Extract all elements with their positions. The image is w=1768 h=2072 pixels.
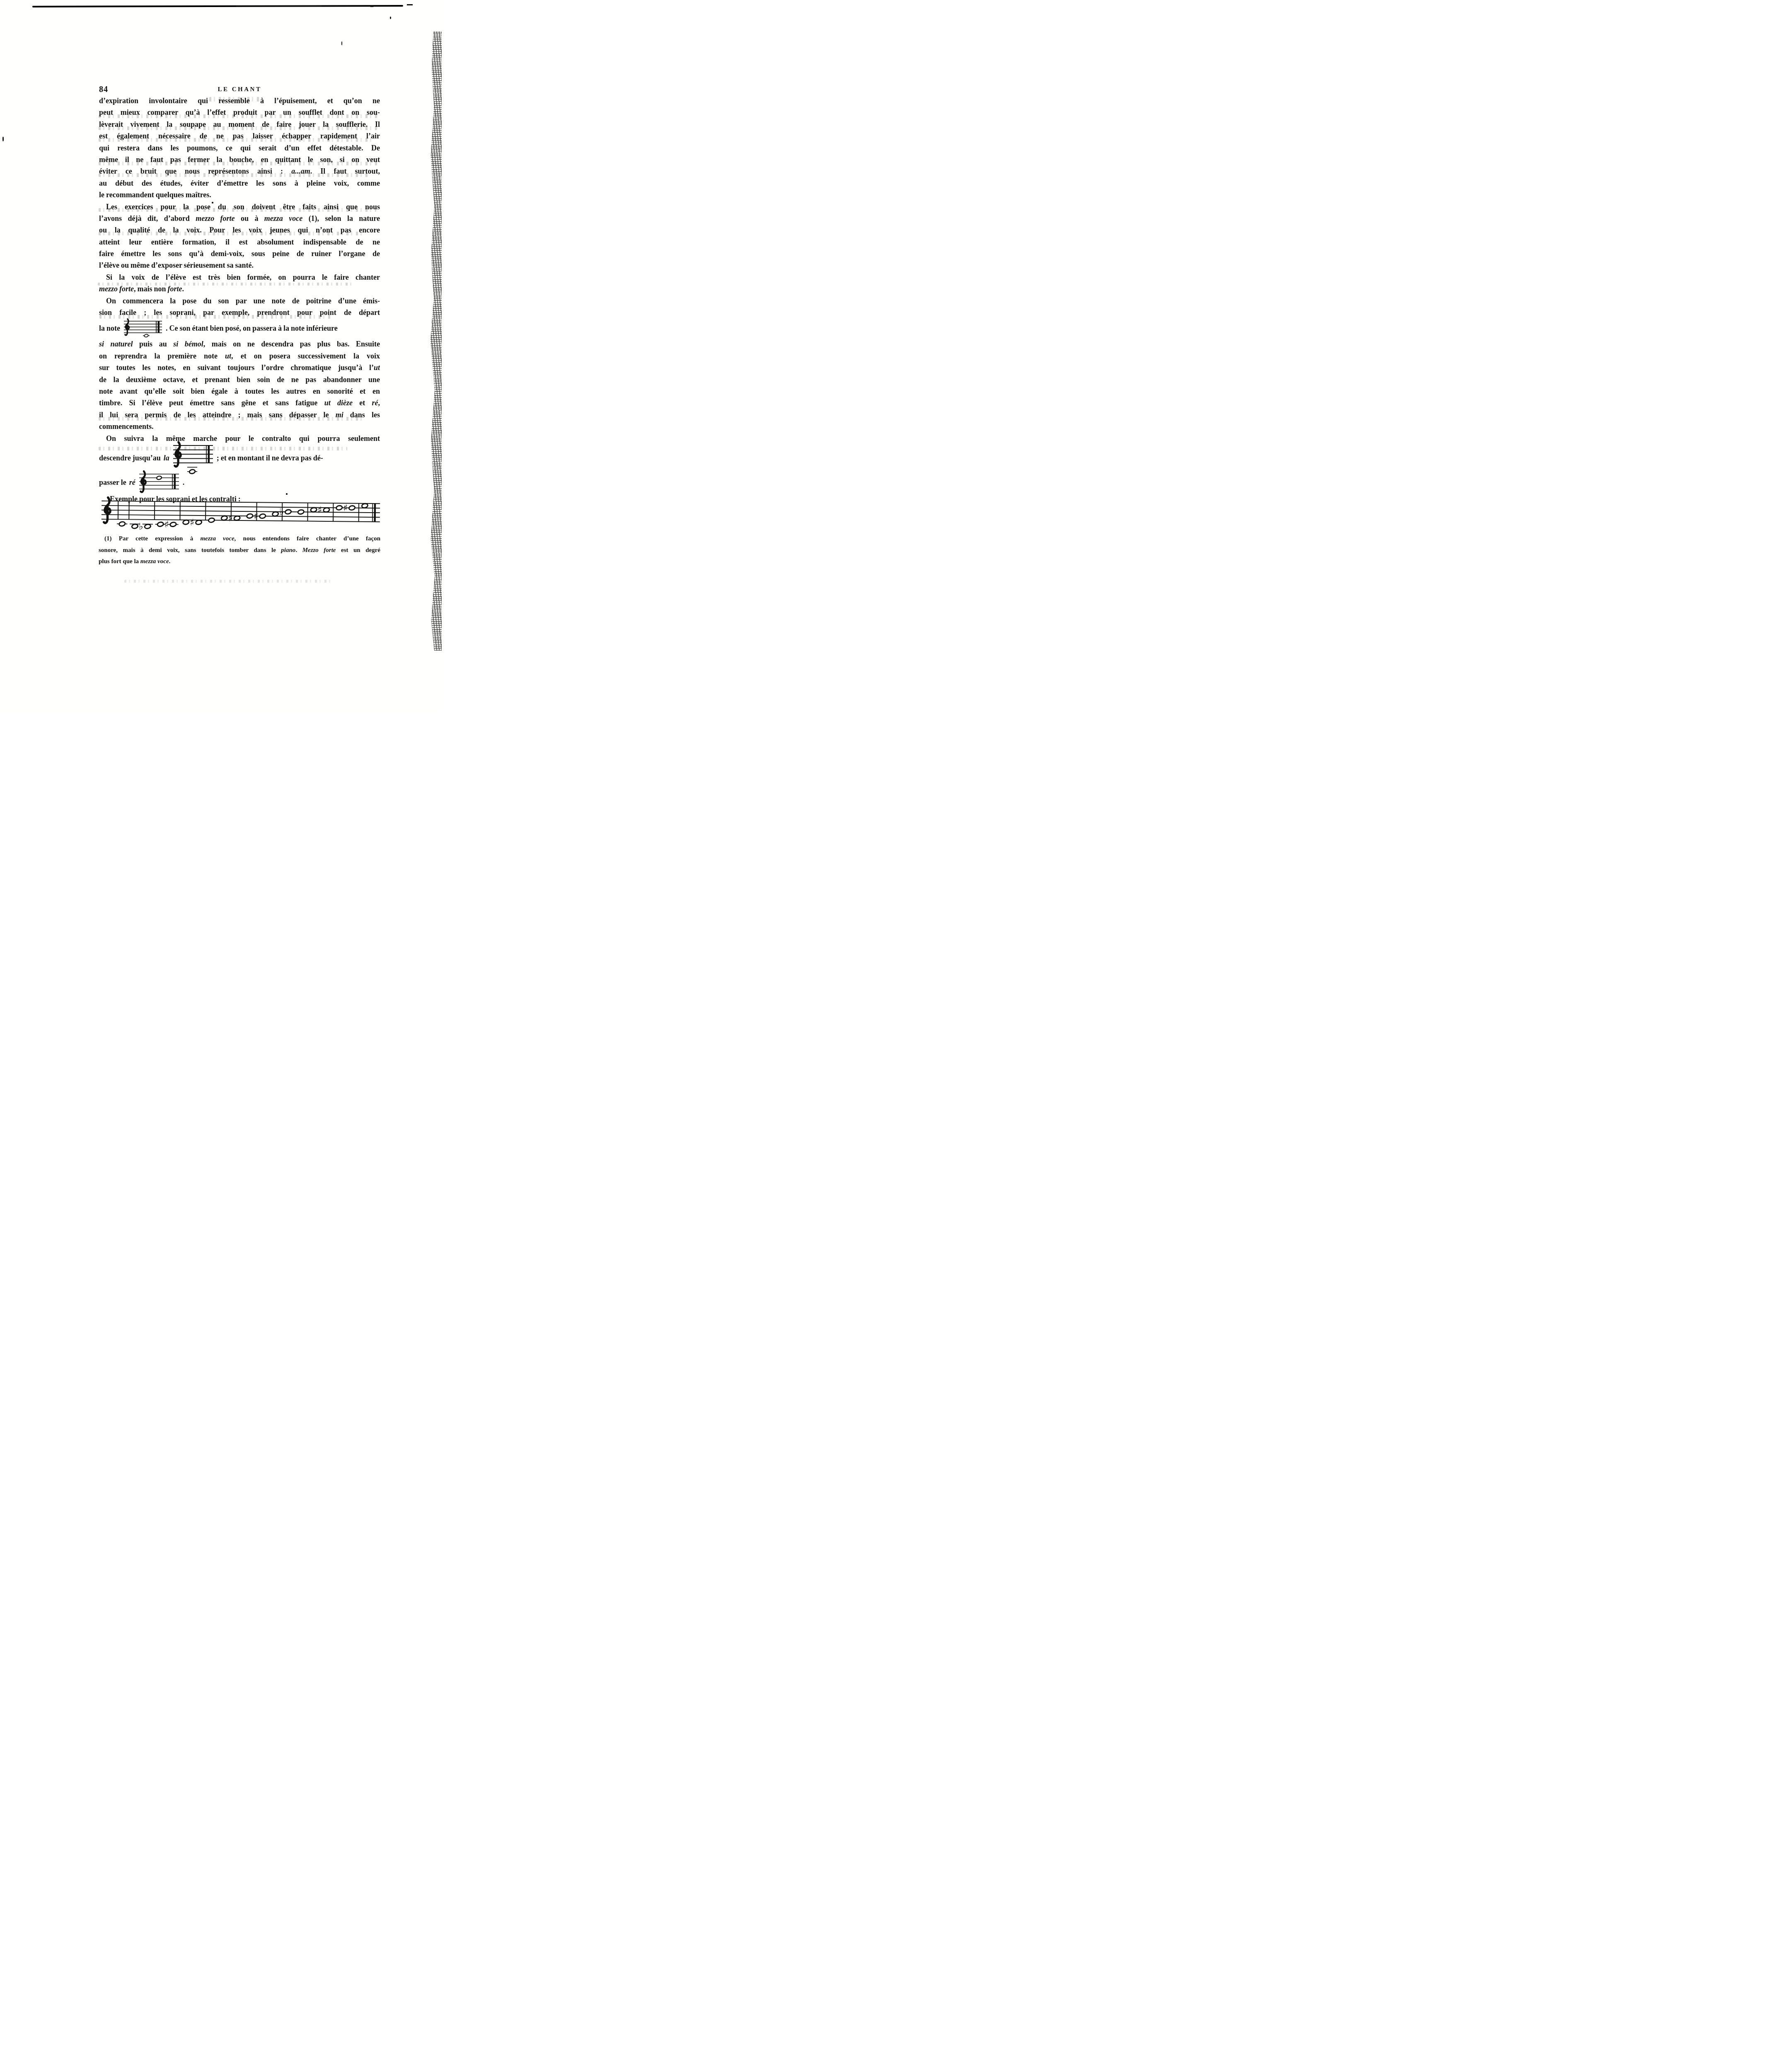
text-segment: On suivra la même marche pour le contral… (106, 434, 380, 443)
text-line: la note . Ce son étant bien posé, on pas… (99, 318, 380, 338)
text-segment: passer le (99, 477, 126, 488)
text-segment: . (182, 285, 184, 293)
text-segment: . (169, 558, 171, 565)
text-segment: la note (99, 322, 120, 334)
text-segment: le recommandent quelques maîtres. (99, 191, 211, 199)
paragraph: On commencera la pose du son par une not… (99, 295, 380, 433)
ink-speck (286, 493, 288, 495)
text-segment: Les exercices pour la pose du son doiven… (106, 203, 380, 211)
text-segment: ou la qualité de la voix. Pour les voix … (99, 226, 380, 234)
text-line: de la deuxième octave, et prenant bien s… (99, 374, 380, 385)
paragraph: Si la voix de l’élève est très bien form… (99, 271, 380, 295)
text-segment: . Ce son étant bien posé, on passera à l… (166, 322, 338, 334)
text-segment: note avant qu’elle soit bien égale à tou… (99, 387, 380, 395)
text-segment: éviter ce bruit que nous représentons ai… (99, 167, 291, 175)
text-line: descendre jusqu’au la ; et en montant il… (99, 444, 380, 472)
text-segment: et (353, 399, 372, 407)
text-line: note avant qu’elle soit bien égale à tou… (99, 385, 380, 397)
text-line: atteint leur entière formation, il est a… (99, 236, 380, 248)
text-line: au début des études, éviter d’émettre le… (99, 177, 380, 189)
ink-speck (390, 17, 391, 19)
inline-staff-depart-note (123, 317, 163, 339)
paragraph: d’expiration involontaire qui ressemble … (99, 95, 380, 201)
text-line: l’avons déjà dit, d’abord mezzo forte ou… (99, 213, 380, 224)
italic-term: si naturel (99, 340, 133, 348)
text-segment: timbre. Si l’élève peut émettre sans gên… (99, 399, 324, 407)
italic-term: ré (372, 399, 378, 407)
paragraph: On suivra la même marche pour le contral… (99, 433, 380, 493)
text-segment: , mais non (134, 285, 168, 293)
text-line: éviter ce bruit que nous représentons ai… (99, 165, 380, 177)
running-title-text: LE CHANT (218, 86, 262, 93)
text-segment: plus fort que la (99, 558, 140, 565)
bleed-through-line (124, 580, 331, 583)
italic-term: mezza voce (140, 558, 169, 565)
text-segment: . (183, 477, 185, 488)
text-segment: est un degré (336, 547, 380, 554)
text-line: plus fort que la mezza voce. (99, 556, 380, 568)
inline-staff-re-note (138, 470, 180, 495)
text-segment: , nous entendons faire chanter d’une faç… (235, 535, 380, 542)
italic-term: ut (374, 363, 380, 372)
text-segment: l’élève ou même d’exposer sérieusement s… (99, 261, 254, 269)
scan-gutter-noise (429, 31, 442, 651)
text-line: passer le ré . (99, 472, 380, 493)
svg-text:♯: ♯ (317, 505, 322, 516)
ink-speck (370, 6, 374, 7)
text-segment: d’expiration involontaire qui ressemble … (99, 97, 380, 105)
text-line: est également nécessaire de ne pas laiss… (99, 130, 380, 142)
text-segment: , et on posera successivement la voix (231, 352, 380, 360)
text-segment: au début des études, éviter d’émettre le… (99, 179, 380, 187)
text-line: On commencera la pose du son par une not… (99, 295, 380, 307)
italic-term: Mezzo forte (302, 547, 336, 554)
text-line: (1) Par cette expression à mezza voce, n… (99, 533, 380, 545)
text-segment: l’avons déjà dit, d’abord (99, 214, 196, 223)
text-segment: même il ne faut pas fermer la bouche, en… (99, 155, 380, 164)
ink-speck (212, 202, 213, 203)
running-title: LE CHANT (0, 86, 442, 93)
svg-text:♯: ♯ (228, 513, 232, 524)
text-segment: sur toutes les notes, en suivant toujour… (99, 363, 374, 372)
text-line: Si la voix de l’élève est très bien form… (99, 271, 380, 283)
body-text: d’expiration involontaire qui ressemble … (99, 95, 380, 506)
text-line: ou la qualité de la voix. Pour les voix … (99, 224, 380, 236)
text-segment: lèverait vivement la soupape au moment d… (99, 120, 380, 128)
svg-text:♭: ♭ (139, 521, 143, 532)
italic-term: mezza voce (200, 535, 234, 542)
svg-text:♭: ♭ (279, 507, 284, 518)
text-segment: est également nécessaire de ne pas laiss… (99, 132, 380, 140)
paragraph: (1) Par cette expression à mezza voce, n… (99, 533, 380, 568)
text-line: mezzo forte, mais non forte. (99, 283, 380, 295)
top-scan-rule (32, 5, 403, 7)
text-segment: puis au (133, 340, 174, 348)
text-segment: (1), selon la nature (302, 214, 380, 223)
text-segment: ou à (235, 214, 264, 223)
music-staff-icon: ♭♯♯♯♯♭♯♯ (101, 496, 381, 529)
text-segment: on reprendra la première note (99, 352, 225, 360)
italic-term: piano (281, 547, 295, 554)
text-line: d’expiration involontaire qui ressemble … (99, 95, 380, 107)
italic-term: mezzo forte (196, 214, 235, 223)
svg-text:♯: ♯ (164, 519, 169, 530)
ink-speck (341, 41, 342, 45)
text-line: commencements. (99, 421, 380, 432)
scanned-book-page: 84 LE CHANT d’expiration involontaire qu… (0, 0, 442, 711)
italic-term: ut (225, 352, 231, 360)
text-segment: de la deuxième octave, et prenant bien s… (99, 375, 380, 384)
text-line: lèverait vivement la soupape au moment d… (99, 119, 380, 130)
italic-term: a...am (291, 167, 310, 175)
text-segment: dans les (343, 411, 380, 419)
text-segment: peut mieux comparer qu’à l’effet produit… (99, 108, 380, 116)
text-line: sion facile ; les soprani, par exemple, … (99, 307, 380, 318)
text-line: on reprendra la première note ut, et on … (99, 350, 380, 362)
text-line: qui restera dans les poumons, ce qui ser… (99, 142, 380, 154)
example-staff-notation: ♭♯♯♯♯♭♯♯ (101, 496, 382, 530)
text-line: timbre. Si l’élève peut émettre sans gên… (99, 397, 380, 409)
text-line: Les exercices pour la pose du son doiven… (99, 201, 380, 213)
text-line: faire émettre les sons qu’à demi-voix, s… (99, 248, 380, 259)
text-segment: . (295, 547, 302, 554)
text-line: sonore, mais à demi voix, sans toutefois… (99, 545, 380, 557)
text-segment: , mais on ne descendra pas plus bas. Ens… (203, 340, 380, 348)
text-segment: sion facile ; les soprani, par exemple, … (99, 308, 380, 317)
italic-term: si bémol (173, 340, 203, 348)
text-line: si naturel puis au si bémol, mais on ne … (99, 338, 380, 350)
text-segment: , (378, 399, 380, 407)
italic-term: mezzo forte (99, 285, 134, 293)
text-line: peut mieux comparer qu’à l’effet produit… (99, 107, 380, 118)
paragraph: Les exercices pour la pose du son doiven… (99, 201, 380, 271)
text-segment: atteint leur entière formation, il est a… (99, 238, 380, 246)
text-segment: il lui sera permis de les atteindre ; ma… (99, 411, 336, 419)
italic-term: forte (168, 285, 182, 293)
text-segment: faire émettre les sons qu’à demi-voix, s… (99, 249, 380, 258)
footnote: (1) Par cette expression à mezza voce, n… (99, 533, 380, 568)
text-segment: descendre jusqu’au (99, 452, 161, 464)
text-segment: (1) Par cette expression à (104, 535, 200, 542)
italic-term: mi (336, 411, 343, 419)
text-segment: ; et en montant il ne devra pas dé- (217, 452, 323, 464)
text-segment: Si la voix de l’élève est très bien form… (106, 273, 380, 281)
text-segment: commencements. (99, 422, 153, 431)
svg-text:♯: ♯ (343, 503, 348, 513)
italic-term: la (164, 452, 169, 464)
italic-term: ut dièze (324, 399, 353, 407)
svg-text:♯: ♯ (254, 511, 258, 522)
italic-term: ré (129, 477, 135, 488)
ink-speck (2, 137, 4, 141)
text-line: même il ne faut pas fermer la bouche, en… (99, 154, 380, 165)
text-line: le recommandent quelques maîtres. (99, 189, 380, 201)
svg-text:♯: ♯ (190, 517, 194, 528)
text-segment: On commencera la pose du son par une not… (106, 297, 380, 305)
text-segment: . Il faut surtout, (310, 167, 380, 175)
text-line: sur toutes les notes, en suivant toujour… (99, 362, 380, 373)
italic-term: mezza voce (264, 214, 302, 223)
text-line: l’élève ou même d’exposer sérieusement s… (99, 259, 380, 271)
text-segment: sonore, mais à demi voix, sans toutefois… (99, 547, 281, 554)
text-segment: qui restera dans les poumons, ce qui ser… (99, 144, 380, 152)
text-line: On suivra la même marche pour le contral… (99, 433, 380, 444)
text-line: il lui sera permis de les atteindre ; ma… (99, 409, 380, 421)
